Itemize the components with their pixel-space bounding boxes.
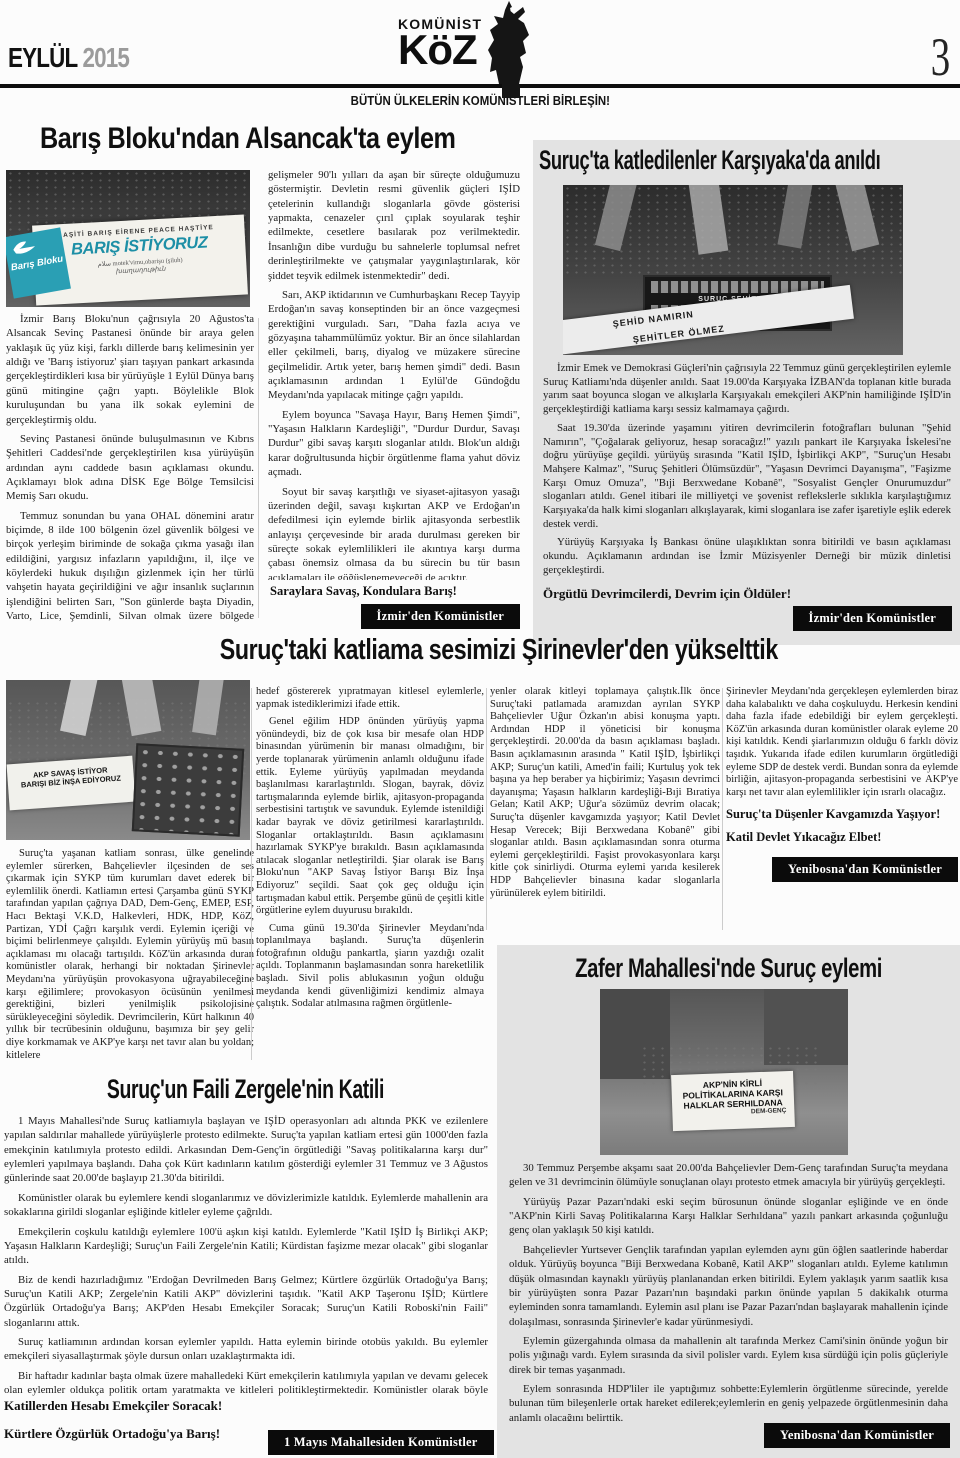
- paragraph: Eylem sonrasında HDP'liler ile yaptığımı…: [509, 1382, 948, 1421]
- paragraph: Eylemin güzergahında olmasa da mahalleni…: [509, 1334, 948, 1377]
- alsancak-headline: Barış Bloku'ndan Alsancak'ta eylem: [40, 122, 535, 156]
- baris-bloku-logo: Barış Bloku: [6, 227, 71, 298]
- paragraph: Yürüyüş Karşıyaka İş Bankası önüne ulaşı…: [543, 536, 951, 577]
- column-rule: [251, 688, 252, 1060]
- issue-year: 2015: [82, 42, 129, 73]
- sirinevler-photo: AKP SAVAŞ İSTİYOR BARIŞI BİZ İNŞA EDİYOR…: [6, 680, 250, 840]
- paragraph: Emekçilerin coşkulu katıldığı eylemlere …: [4, 1225, 488, 1268]
- column-rule: [258, 318, 259, 618]
- page-number: 3: [927, 26, 954, 88]
- paragraph: hedef göstererek yıpratmayan kitlesel ey…: [256, 686, 484, 711]
- karsiyaka-byline-row: İzmir'den Komünistler: [793, 606, 952, 631]
- alsancak-col-mid: gelişmeler 90'lı yılları da aşan bir sür…: [268, 168, 520, 580]
- paragraph: Genel eğilim HDP önünden yürüyüş yapma y…: [256, 716, 484, 918]
- paragraph: Cuma günü 19.30'da Şirinevler Meydanı'nd…: [256, 923, 484, 1011]
- paragraph: Saat 19.30'da üzerinde yaşamını yitiren …: [543, 422, 951, 532]
- column-rule: [486, 688, 487, 930]
- sirinevler-col1: hedef göstererek yıpratmayan kitlesel ey…: [256, 686, 484, 1062]
- karsiyaka-photo: SURUÇ ŞEHİTLERİ ŞEHİD NAMIRIN ŞEHİTLER Ö…: [563, 185, 903, 355]
- white-banner-line1: ŞEHİD NAMIRIN: [612, 309, 694, 329]
- paragraph: Bahçelievler Yurtsever Gençlik tarafında…: [509, 1243, 948, 1329]
- zafer-byline-row: Yenibosna'dan Komünistler: [764, 1423, 950, 1448]
- paragraph: 30 Temmuz Perşembe akşamı saat 20.00'da …: [509, 1161, 948, 1190]
- sirinevler-byline-row: Yenibosna'dan Komünistler: [726, 857, 958, 882]
- paragraph: Bir haftadır kadınlar başta olmak üzere …: [4, 1369, 488, 1396]
- paragraph: İzmir Emek ve Demokrasi Güçleri'nin çağr…: [543, 362, 951, 417]
- paragraph: Biz de kendi hazırladığımız "Erdoğan Dev…: [4, 1273, 488, 1330]
- white-banner-line2: ŞEHİTLER ÖLMEZ: [632, 323, 725, 344]
- zergele-slogan2: Kürtlere Özgürlük Ortadoğu'ya Barış!: [4, 1426, 220, 1442]
- dove-icon: [10, 236, 39, 258]
- alsancak-slogan: Saraylara Savaş, Kondulara Barış!: [270, 584, 522, 599]
- issue-date: EYLÜL 2015: [8, 42, 159, 74]
- paragraph: yenler olarak kitleyi toplamaya çalıştık…: [490, 686, 720, 900]
- sirinevler-col3: Şirinevler Meydanı'nda gerçekleşen eylem…: [726, 686, 958, 934]
- zafer-headline: Zafer Mahallesi'nde Suruç eylemi: [497, 953, 960, 984]
- paragraph: 1 Mayıs Mahallesi'nde Suruç katliamıyla …: [4, 1114, 488, 1186]
- paragraph: Eylem boyunca "Savaşa Hayır, Barış Hemen…: [268, 408, 520, 480]
- demgenc-banner: AKP'NİN KİRLİ POLİTİKALARINA KARŞI HALKL…: [671, 1071, 795, 1131]
- sirinevler-slogan2: Katil Devlet Yıkacağız Elbet!: [726, 830, 958, 845]
- zafer-text: 30 Temmuz Perşembe akşamı saat 20.00'da …: [509, 1161, 948, 1421]
- paragraph: Şirinevler Meydanı'nda gerçekleşen eylem…: [726, 686, 958, 799]
- paragraph: Sevinç Pastanesi önünde buluşulmasının v…: [6, 432, 254, 504]
- martyrs-photo-board: [132, 743, 244, 837]
- paragraph: Suruç'ta yaşanan katliam sonrası, ülke g…: [6, 848, 254, 1062]
- sirinevler-col2: yenler olarak kitleyi toplamaya çalıştık…: [490, 686, 720, 932]
- paragraph: İzmir Barış Bloku'nun çağrısıyla 20 Ağus…: [6, 312, 254, 427]
- zergele-text: 1 Mayıs Mahallesi'nde Suruç katliamıyla …: [4, 1114, 488, 1396]
- zafer-box: Zafer Mahallesi'nde Suruç eylemi AKP'NİN…: [497, 945, 960, 1458]
- alsancak-byline-row: İzmir'den Komünistler: [268, 604, 520, 629]
- paragraph: Suruç katliamının ardından korsan eyleml…: [4, 1335, 488, 1364]
- paragraph: Komünistler olarak bu eylemlere kendi sl…: [4, 1191, 488, 1220]
- paragraph: Temmuz sonundan bu yana OHAL dönemini ar…: [6, 509, 254, 624]
- alsancak-col-left: İzmir Barış Bloku'nun çağrısıyla 20 Ağus…: [6, 312, 254, 624]
- paragraph: Yürüyüş Pazar Pazarı'ndaki eski seçim bü…: [509, 1195, 948, 1238]
- column-rule: [722, 688, 723, 930]
- worker-kolkhoz-statue-icon: [478, 0, 542, 100]
- karsiyaka-box: Suruç'ta katledilenler Karşıyaka'da anıl…: [533, 140, 960, 645]
- zergele-slogan1: Katillerden Hesabı Emekçiler Soracak!: [4, 1398, 222, 1414]
- akp-savas-banner: AKP SAVAŞ İSTİYOR BARIŞI BİZ İNŞA EDİYOR…: [7, 756, 136, 811]
- byline-badge: Yenibosna'dan Komünistler: [772, 857, 958, 882]
- byline-badge: 1 Mayıs Mahallesiden Komünistler: [268, 1430, 494, 1455]
- sirinevler-slogan1: Suruç'ta Düşenler Kavgamızda Yaşıyor!: [726, 807, 958, 822]
- karsiyaka-text: İzmir Emek ve Demokrasi Güçleri'nin çağr…: [543, 362, 951, 580]
- karsiyaka-slogan: Örgütlü Devrimcilerdi, Devrim için Öldül…: [543, 586, 791, 602]
- sirinevler-headline: Suruç'taki katliama sesimizi Şirinevler'…: [150, 634, 810, 667]
- paragraph: Soyut bir savaş karşıtlığı ve siyaset-aj…: [268, 485, 520, 580]
- byline-badge: İzmir'den Komünistler: [793, 606, 952, 631]
- byline-badge: Yenibosna'dan Komünistler: [764, 1423, 950, 1448]
- byline-badge: İzmir'den Komünistler: [361, 604, 520, 629]
- zergele-byline-row: 1 Mayıs Mahallesiden Komünistler: [268, 1430, 494, 1455]
- masthead-logo: KOMÜNİST KöZ: [398, 16, 482, 68]
- karsiyaka-headline: Suruç'ta katledilenler Karşıyaka'da anıl…: [539, 145, 960, 176]
- logo-main-text: KöZ: [398, 32, 482, 68]
- newspaper-page: EYLÜL 2015 KOMÜNİST KöZ 3 BÜTÜN ÜLKELERİ…: [0, 0, 960, 1458]
- sirinevler-col-left: Suruç'ta yaşanan katliam sonrası, ülke g…: [6, 848, 254, 1066]
- alsancak-photo: AŞİTİ BARIŞ EİRENE PEACE HAŞTİYE BARIŞ İ…: [6, 170, 250, 307]
- issue-month: EYLÜL: [8, 42, 77, 73]
- zergele-headline: Suruç'un Faili Zergele'nin Katili: [0, 1074, 490, 1105]
- zafer-photo: AKP'NİN KİRLİ POLİTİKALARINA KARŞI HALKL…: [600, 989, 848, 1155]
- paragraph: gelişmeler 90'lı yılları da aşan bir sür…: [268, 168, 520, 283]
- paragraph: Sarı, AKP iktidarının ve Cumhurbaşkanı R…: [268, 288, 520, 403]
